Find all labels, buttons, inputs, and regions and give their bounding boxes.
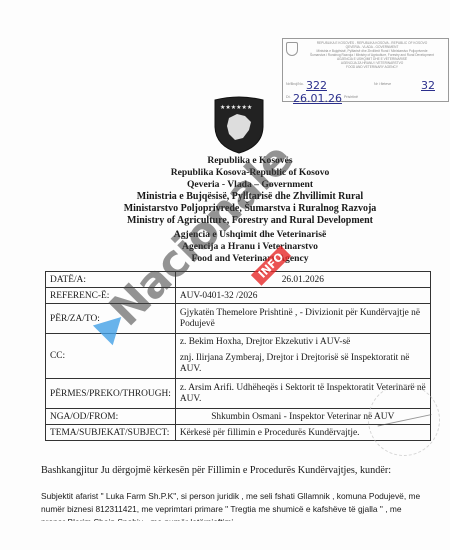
kosovo-coat-of-arms-icon: ★★★★★★ bbox=[213, 96, 265, 154]
row-value: z. Bekim Hoxha, Drejtor Ekzekutiv i AUV-… bbox=[180, 337, 426, 348]
row-value-cell: z. Bekim Hoxha, Drejtor Ekzekutiv i AUV-… bbox=[175, 334, 430, 379]
row-value: Gjykatën Themelore Prishtinë , - Divizio… bbox=[180, 308, 426, 319]
letterhead-line: Agjencia e Ushqimit dhe Veterinarisë bbox=[100, 229, 400, 241]
letterhead-state: Republika e Kosovës Republika Kosova-Rep… bbox=[100, 155, 400, 191]
letterhead-ministry: Ministria e Bujqësisë, Pylltarisë dhe Zh… bbox=[100, 191, 400, 227]
table-row-date: DATË/A: 26.01.2026 bbox=[46, 272, 431, 288]
letterhead-line: Food and Veterinary Agency bbox=[100, 253, 400, 265]
stamp-header: REPUBLIKA E KOSOVËS - REPUBLIKA KOSOVA -… bbox=[299, 41, 445, 69]
row-key: DATË/A: bbox=[46, 272, 176, 288]
letterhead-agency: Agjencia e Ushqimit dhe Veterinarisë Age… bbox=[100, 229, 400, 265]
emblem-icon bbox=[286, 42, 298, 56]
row-value-line2: Podujevë bbox=[180, 319, 426, 330]
row-key: TEMA/SUBJEKAT/SUBJECT: bbox=[46, 425, 176, 441]
stamp-date-row: Dt. 26.01.26 Prishtinë bbox=[286, 89, 445, 101]
row-key: PËR/ZA/TO: bbox=[46, 304, 176, 334]
letterhead-line: Republika Kosova-Republic of Kosovo bbox=[100, 167, 400, 179]
intro-paragraph: Bashkangjitur Ju dërgojmë kërkesën për F… bbox=[41, 465, 391, 476]
table-row-to: PËR/ZA/TO: Gjykatën Themelore Prishtinë … bbox=[46, 304, 431, 334]
letterhead-line: Qeveria - Vlada – Government bbox=[100, 179, 400, 191]
letterhead-line: Ministarstvo Poljoprivrede, Šumarstva i … bbox=[100, 203, 400, 215]
row-value: 26.01.2026 bbox=[175, 272, 430, 288]
row-key: CC: bbox=[46, 334, 176, 379]
row-key: PËRMES/PREKO/THROUGH: bbox=[46, 379, 176, 409]
row-key: REFERENC-Ë: bbox=[46, 288, 176, 304]
date-value: 26.01.26 bbox=[293, 97, 342, 101]
row-value: AUV-0401-32 /2026 bbox=[175, 288, 430, 304]
date-place: Prishtinë bbox=[344, 95, 358, 99]
row-key: NGA/OD/FROM: bbox=[46, 409, 176, 425]
pages-label: Nr i fleteve bbox=[374, 82, 391, 86]
row-value-line2: znj. Ilirjana Zymberaj, Drejtor i Drejto… bbox=[180, 353, 426, 375]
number-value: 322 bbox=[306, 84, 327, 88]
letterhead-line: Ministria e Bujqësisë, Pylltarisë dhe Zh… bbox=[100, 191, 400, 203]
number-label: Nr/Broj/No. bbox=[286, 82, 304, 86]
table-row-reference: REFERENC-Ë: AUV-0401-32 /2026 bbox=[46, 288, 431, 304]
stamp-line: FOOD AND VETERINARY AGENCY bbox=[299, 65, 445, 69]
letterhead-line: Ministry of Agriculture, Forestry and Ru… bbox=[100, 215, 400, 227]
date-label: Dt. bbox=[286, 95, 291, 99]
table-row-cc: CC: z. Bekim Hoxha, Drejtor Ekzekutiv i … bbox=[46, 334, 431, 379]
row-value-cell: Gjykatën Themelore Prishtinë , - Divizio… bbox=[175, 304, 430, 334]
pages-value: 32 bbox=[421, 84, 435, 88]
letterhead-line: Agencija a Hranu i Veterinarstvo bbox=[100, 241, 400, 253]
stamp-number-row: Nr/Broj/No. 322 Nr i fleteve 32 bbox=[286, 76, 445, 88]
letterhead-line: Republika e Kosovës bbox=[100, 155, 400, 167]
registry-stamp: REPUBLIKA E KOSOVËS - REPUBLIKA KOSOVA -… bbox=[282, 38, 449, 102]
svg-text:★★★★★★: ★★★★★★ bbox=[220, 104, 252, 111]
page-cutoff bbox=[0, 521, 450, 550]
